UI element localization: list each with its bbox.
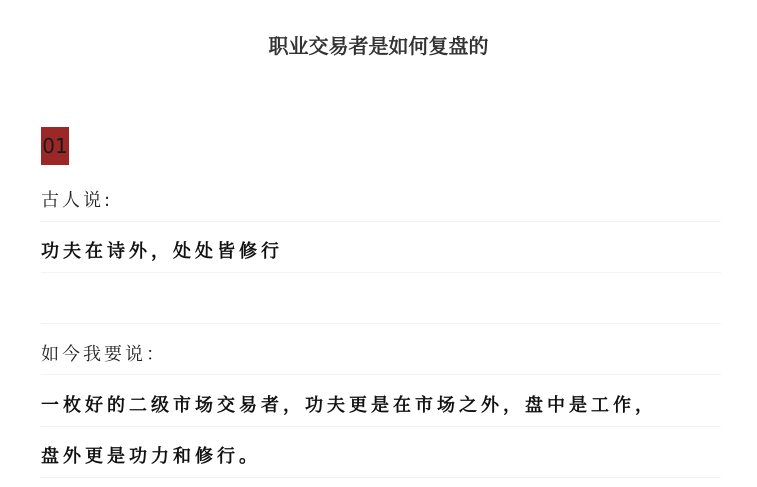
- paragraph-my-saying-line2: 盘外更是功力和修行。: [41, 442, 261, 468]
- article-title: 职业交易者是如何复盘的: [0, 30, 757, 59]
- section-number-badge: 01: [41, 127, 69, 165]
- divider: [41, 272, 721, 273]
- divider: [41, 323, 721, 324]
- divider: [41, 374, 721, 375]
- paragraph-my-saying-line1: 一枚好的二级市场交易者，功夫更是在市场之外，盘中是工作，: [41, 391, 657, 417]
- divider: [41, 426, 721, 427]
- paragraph-quote: 功夫在诗外，处处皆修行: [41, 237, 283, 263]
- divider: [41, 221, 721, 222]
- paragraph-quote-intro: 古人说:: [41, 186, 113, 212]
- divider: [41, 477, 721, 478]
- paragraph-my-saying-intro: 如今我要说：: [41, 340, 167, 366]
